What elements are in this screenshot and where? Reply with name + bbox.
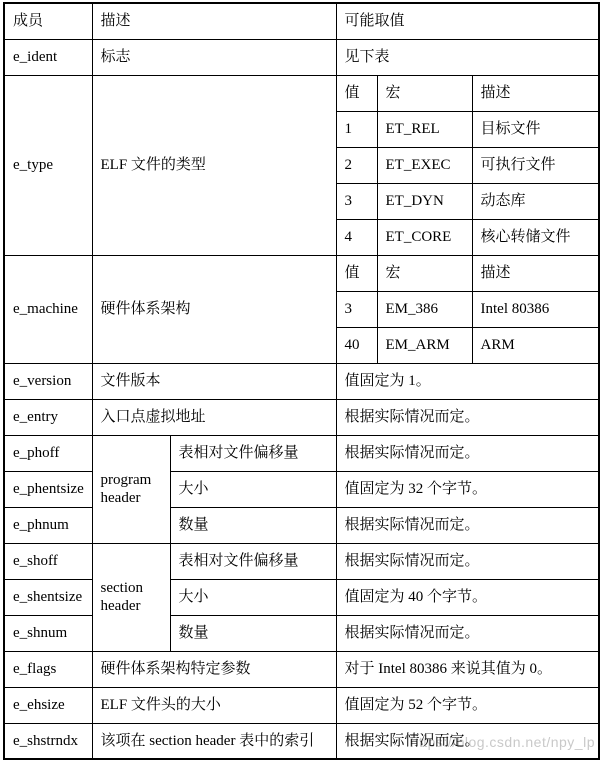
e-shentsize-member-cell: e_shentsize — [4, 579, 92, 615]
em-arm-value-cell: 40 — [336, 327, 377, 363]
row-e-shstrndx: e_shstrndx 该项在 section header 表中的索引 根据实际… — [4, 723, 599, 759]
e-shoff-description-cell: 表相对文件偏移量 — [170, 543, 336, 579]
et-rel-macro-cell: ET_REL — [377, 111, 472, 147]
section-header-group-cell: section header — [92, 543, 170, 651]
e-shnum-description-cell: 数量 — [170, 615, 336, 651]
e-flags-description-cell: 硬件体系架构特定参数 — [92, 651, 336, 687]
e-shnum-value-cell: 根据实际情况而定。 — [336, 615, 599, 651]
e-shentsize-description-cell: 大小 — [170, 579, 336, 615]
e-version-value-cell: 值固定为 1。 — [336, 363, 599, 399]
e-entry-member-cell: e_entry — [4, 399, 92, 435]
em-386-description-cell: Intel 80386 — [472, 291, 599, 327]
e-phnum-value-cell: 根据实际情况而定。 — [336, 507, 599, 543]
em-386-value-cell: 3 — [336, 291, 377, 327]
row-e-flags: e_flags 硬件体系架构特定参数 对于 Intel 80386 来说其值为 … — [4, 651, 599, 687]
table-header-row: 成员 描述 可能取值 — [4, 3, 599, 39]
em-arm-description-cell: ARM — [472, 327, 599, 363]
e-ident-description-cell: 标志 — [92, 39, 336, 75]
em-arm-macro-cell: EM_ARM — [377, 327, 472, 363]
et-dyn-macro-cell: ET_DYN — [377, 183, 472, 219]
e-machine-member-cell: e_machine — [4, 255, 92, 363]
e-ehsize-value-cell: 值固定为 52 个字节。 — [336, 687, 599, 723]
e-type-description-cell: ELF 文件的类型 — [92, 75, 336, 255]
et-dyn-value-cell: 3 — [336, 183, 377, 219]
header-member-cell: 成员 — [4, 3, 92, 39]
elf-header-table: 成员 描述 可能取值 e_ident 标志 见下表 e_type ELF 文件的… — [3, 2, 600, 760]
et-rel-description-cell: 目标文件 — [472, 111, 599, 147]
e-machine-subheader-description-cell: 描述 — [472, 255, 599, 291]
row-e-entry: e_entry 入口点虚拟地址 根据实际情况而定。 — [4, 399, 599, 435]
e-shoff-value-cell: 根据实际情况而定。 — [336, 543, 599, 579]
e-phentsize-description-cell: 大小 — [170, 471, 336, 507]
page: https://blog.csdn.net/npy_lp 成员 描述 可能取值 … — [0, 0, 602, 762]
et-exec-description-cell: 可执行文件 — [472, 147, 599, 183]
e-shoff-member-cell: e_shoff — [4, 543, 92, 579]
row-e-phoff: e_phoff program header 表相对文件偏移量 根据实际情况而定… — [4, 435, 599, 471]
e-shnum-member-cell: e_shnum — [4, 615, 92, 651]
e-machine-description-cell: 硬件体系架构 — [92, 255, 336, 363]
e-ident-value-cell: 见下表 — [336, 39, 599, 75]
et-core-macro-cell: ET_CORE — [377, 219, 472, 255]
et-dyn-description-cell: 动态库 — [472, 183, 599, 219]
e-type-member-cell: e_type — [4, 75, 92, 255]
et-exec-macro-cell: ET_EXEC — [377, 147, 472, 183]
e-entry-description-cell: 入口点虚拟地址 — [92, 399, 336, 435]
row-e-machine-subheader: e_machine 硬件体系架构 值 宏 描述 — [4, 255, 599, 291]
em-386-macro-cell: EM_386 — [377, 291, 472, 327]
e-machine-subheader-value-cell: 值 — [336, 255, 377, 291]
et-exec-value-cell: 2 — [336, 147, 377, 183]
row-e-version: e_version 文件版本 值固定为 1。 — [4, 363, 599, 399]
e-phentsize-member-cell: e_phentsize — [4, 471, 92, 507]
e-shentsize-value-cell: 值固定为 40 个字节。 — [336, 579, 599, 615]
et-rel-value-cell: 1 — [336, 111, 377, 147]
e-version-description-cell: 文件版本 — [92, 363, 336, 399]
program-header-group-cell: program header — [92, 435, 170, 543]
e-phoff-value-cell: 根据实际情况而定。 — [336, 435, 599, 471]
e-phnum-member-cell: e_phnum — [4, 507, 92, 543]
header-description-cell: 描述 — [92, 3, 336, 39]
e-shstrndx-description-cell: 该项在 section header 表中的索引 — [92, 723, 336, 759]
e-type-subheader-value-cell: 值 — [336, 75, 377, 111]
e-shstrndx-member-cell: e_shstrndx — [4, 723, 92, 759]
e-shstrndx-value-cell: 根据实际情况而定。 — [336, 723, 599, 759]
e-entry-value-cell: 根据实际情况而定。 — [336, 399, 599, 435]
e-machine-subheader-macro-cell: 宏 — [377, 255, 472, 291]
e-ident-member-cell: e_ident — [4, 39, 92, 75]
e-phoff-member-cell: e_phoff — [4, 435, 92, 471]
e-ehsize-description-cell: ELF 文件头的大小 — [92, 687, 336, 723]
e-flags-value-cell: 对于 Intel 80386 来说其值为 0。 — [336, 651, 599, 687]
e-ehsize-member-cell: e_ehsize — [4, 687, 92, 723]
e-phnum-description-cell: 数量 — [170, 507, 336, 543]
row-e-ident: e_ident 标志 见下表 — [4, 39, 599, 75]
header-possible-values-cell: 可能取值 — [336, 3, 599, 39]
e-phoff-description-cell: 表相对文件偏移量 — [170, 435, 336, 471]
e-type-subheader-macro-cell: 宏 — [377, 75, 472, 111]
row-e-shoff: e_shoff section header 表相对文件偏移量 根据实际情况而定… — [4, 543, 599, 579]
row-e-ehsize: e_ehsize ELF 文件头的大小 值固定为 52 个字节。 — [4, 687, 599, 723]
e-version-member-cell: e_version — [4, 363, 92, 399]
e-phentsize-value-cell: 值固定为 32 个字节。 — [336, 471, 599, 507]
e-flags-member-cell: e_flags — [4, 651, 92, 687]
et-core-value-cell: 4 — [336, 219, 377, 255]
row-e-type-subheader: e_type ELF 文件的类型 值 宏 描述 — [4, 75, 599, 111]
e-type-subheader-description-cell: 描述 — [472, 75, 599, 111]
et-core-description-cell: 核心转储文件 — [472, 219, 599, 255]
